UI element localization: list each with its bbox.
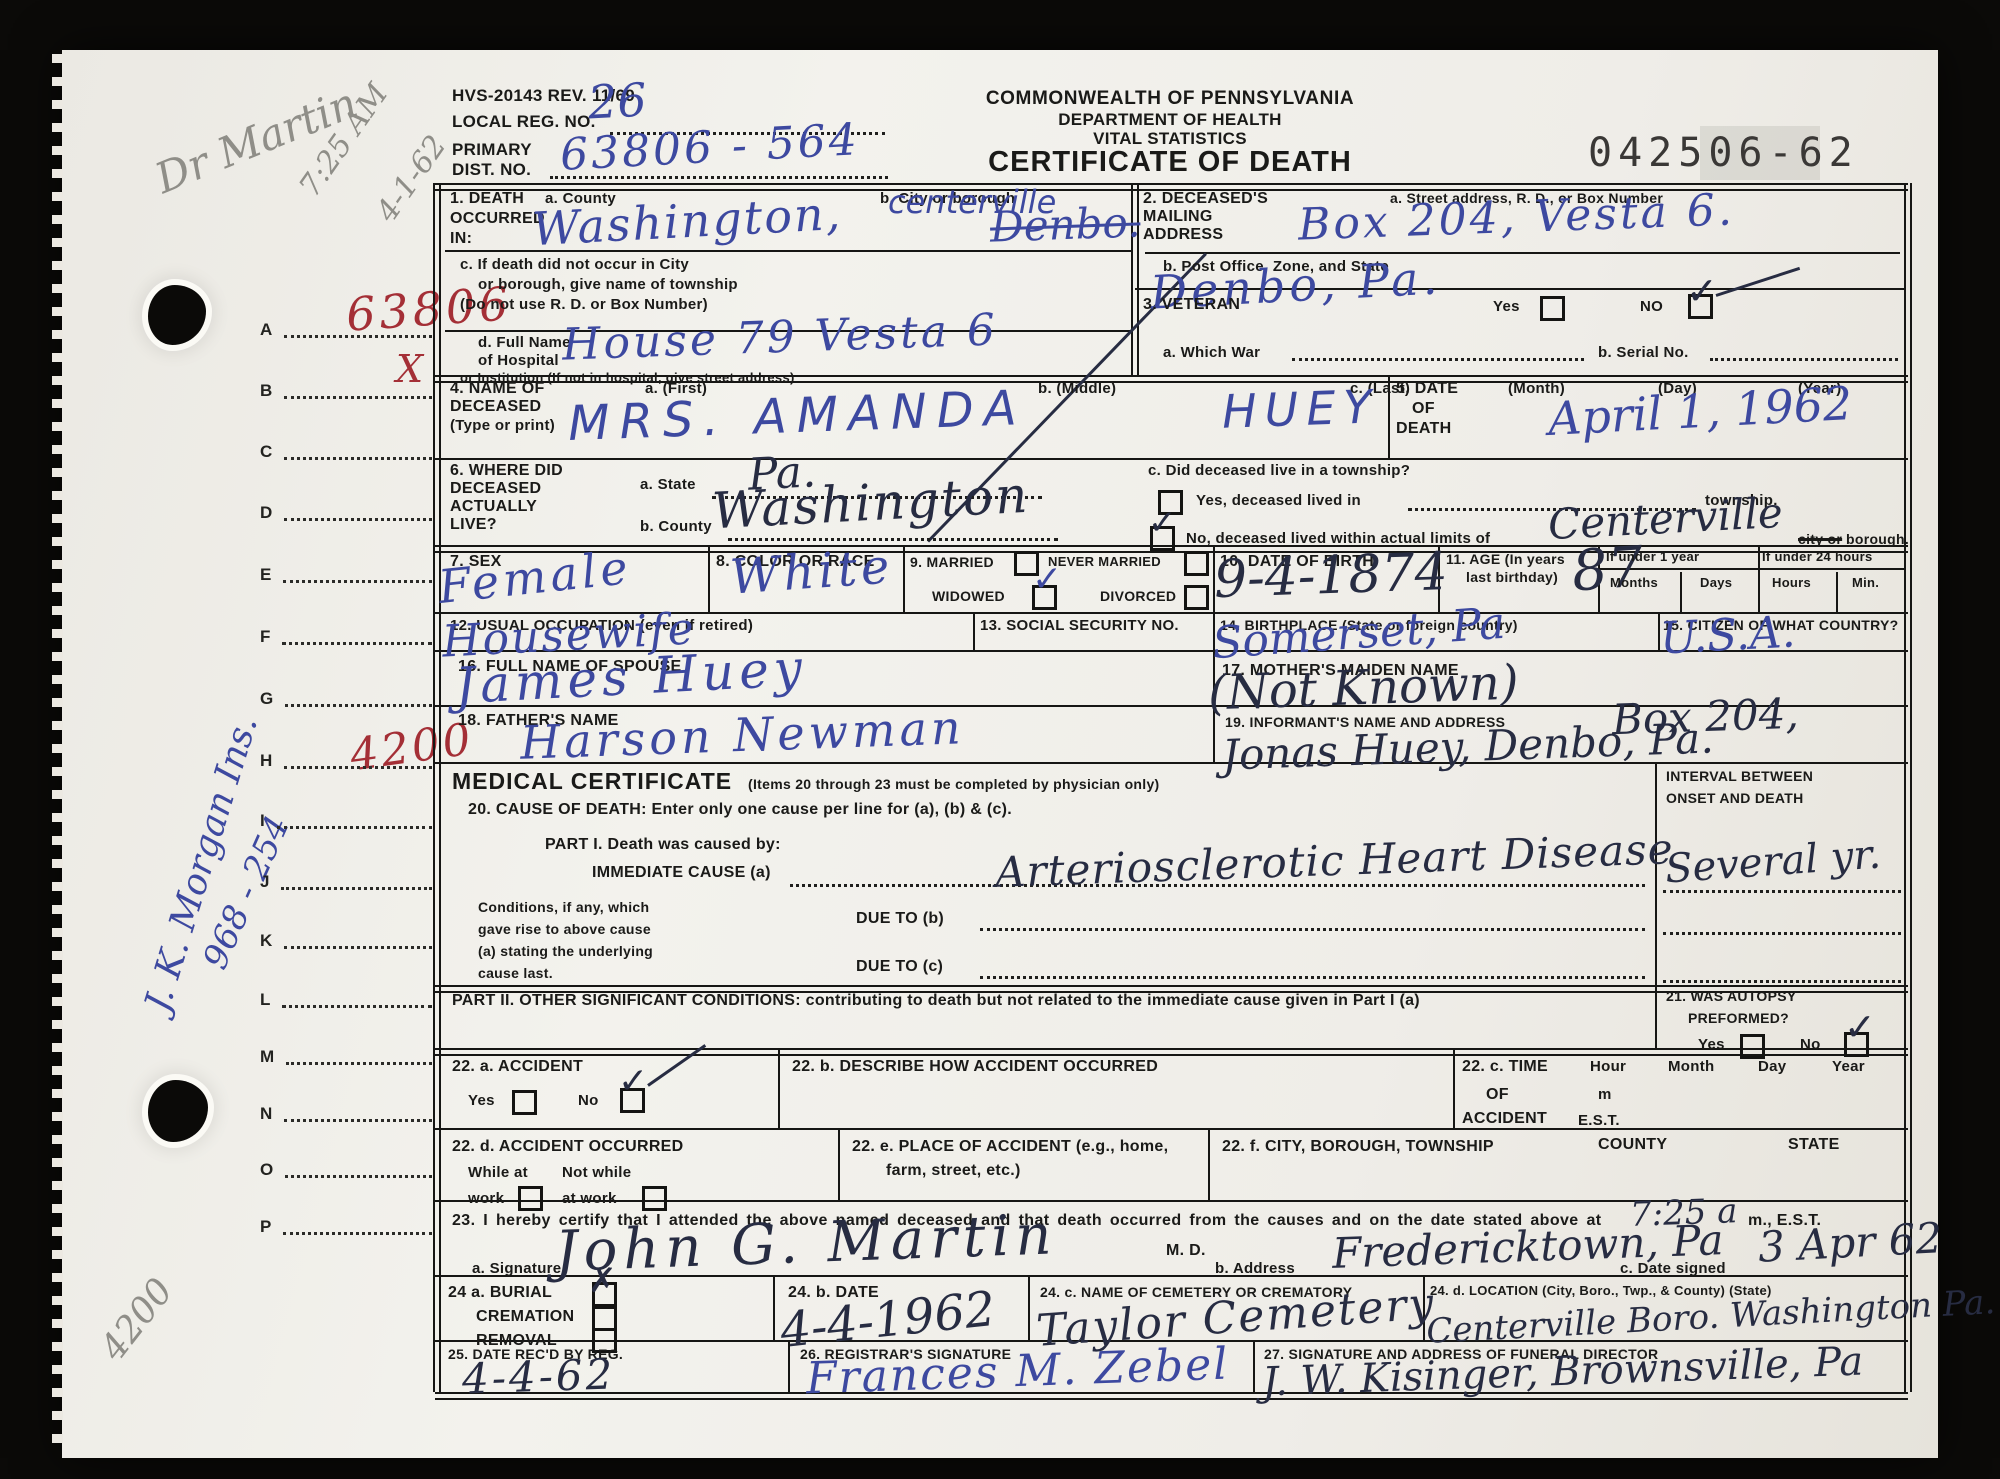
race-value: White bbox=[729, 542, 895, 601]
mothers-maiden-value: (Not Known) bbox=[1207, 659, 1519, 718]
field-5-label2: OF bbox=[1412, 400, 1435, 418]
conditions-label-1: Conditions, if any, which bbox=[478, 899, 649, 915]
dotted-line bbox=[1710, 358, 1898, 361]
part1-label: PART I. Death was caused by: bbox=[545, 836, 781, 854]
divider bbox=[1758, 547, 1760, 612]
married-label: 9. MARRIED bbox=[910, 554, 994, 570]
index-row-n: N bbox=[260, 1104, 432, 1124]
widowed-label: WIDOWED bbox=[932, 588, 1005, 604]
medical-certificate-subtitle: (Items 20 through 23 must be completed b… bbox=[748, 776, 1160, 792]
index-letter: M bbox=[260, 1047, 274, 1067]
index-row-h: H bbox=[260, 751, 432, 771]
divider bbox=[903, 547, 905, 612]
field-1c-label: c. If death did not occur in City bbox=[460, 256, 689, 273]
dotted-line bbox=[282, 1002, 432, 1008]
index-row-c: C bbox=[260, 442, 432, 462]
divider bbox=[708, 547, 710, 612]
interval-label-2: ONSET AND DEATH bbox=[1666, 790, 1804, 806]
index-letter: A bbox=[260, 320, 272, 340]
index-row-a: A bbox=[260, 320, 432, 340]
conditions-label-4: cause last. bbox=[478, 965, 553, 981]
accident-yes-checkbox bbox=[512, 1090, 537, 1115]
index-row-d: D bbox=[260, 503, 432, 523]
divider bbox=[1655, 762, 1657, 1048]
divider bbox=[1253, 1340, 1255, 1392]
index-letter: D bbox=[260, 503, 272, 523]
not-while-at-work-checkbox bbox=[642, 1186, 667, 1211]
md-label: M. D. bbox=[1166, 1242, 1206, 1260]
county-label: COUNTY bbox=[1598, 1136, 1667, 1154]
field-22d-label: 22. d. ACCIDENT OCCURRED bbox=[452, 1138, 684, 1156]
min-label: Min. bbox=[1852, 576, 1879, 591]
field-4-label3: (Type or print) bbox=[450, 417, 555, 434]
index-letter: B bbox=[260, 381, 272, 401]
field-6b-label: b. County bbox=[640, 518, 712, 535]
veteran-no-checkmark: ✓ bbox=[1686, 272, 1718, 310]
dotted-line bbox=[284, 454, 432, 460]
never-married-checkbox bbox=[1184, 551, 1209, 576]
autopsy-no-checkmark: ✓ bbox=[1844, 1008, 1876, 1046]
org-line-2: DEPARTMENT OF HEALTH bbox=[935, 110, 1405, 130]
field-2-label: 2. DECEASED'S bbox=[1143, 190, 1268, 208]
divider bbox=[435, 1392, 1908, 1400]
field-11-label2: last birthday) bbox=[1466, 569, 1558, 585]
dotted-line bbox=[282, 639, 432, 645]
index-row-e: E bbox=[260, 565, 432, 585]
date-of-birth-value: 9-4-1874 bbox=[1213, 546, 1448, 606]
field-5-label: 5. DATE bbox=[1396, 380, 1458, 398]
index-row-o: O bbox=[260, 1160, 432, 1180]
m-label: m bbox=[1598, 1086, 1612, 1103]
year-label: Year bbox=[1832, 1058, 1865, 1075]
field-1d-label2: of Hospital bbox=[478, 352, 559, 369]
dotted-line bbox=[284, 1116, 432, 1122]
veteran-yes-label: Yes bbox=[1493, 298, 1520, 315]
field-4-label2: DECEASED bbox=[450, 398, 541, 416]
while-at-label: While at bbox=[468, 1164, 528, 1181]
date-signed-value: 3 Apr 62 bbox=[1757, 1217, 1943, 1269]
borough-word: borough. bbox=[1846, 531, 1909, 547]
field-20-header: 20. CAUSE OF DEATH: Enter only one cause… bbox=[468, 801, 1012, 819]
accident-yes-label: Yes bbox=[468, 1092, 495, 1109]
citizen-value: U.S.A. bbox=[1659, 610, 1796, 661]
divider bbox=[1836, 572, 1838, 612]
dotted-line bbox=[283, 1229, 432, 1235]
divider bbox=[1758, 568, 1904, 570]
widowed-checkmark: ✓ bbox=[1032, 562, 1062, 598]
divider bbox=[838, 1128, 840, 1200]
index-letter: O bbox=[260, 1160, 273, 1180]
hour-label: Hour bbox=[1590, 1058, 1626, 1075]
index-row-j: J bbox=[260, 872, 432, 892]
field-11-label: 11. AGE (In years bbox=[1446, 551, 1565, 567]
index-row-p: P bbox=[260, 1217, 432, 1237]
due-to-b-label: DUE TO (b) bbox=[856, 910, 944, 928]
of-label: OF bbox=[1486, 1086, 1509, 1104]
dotted-line bbox=[284, 332, 432, 338]
at-work-label: at work bbox=[562, 1190, 617, 1207]
accident-word-label: ACCIDENT bbox=[1462, 1110, 1547, 1128]
field-5-label3: DEATH bbox=[1396, 420, 1451, 438]
dotted-line bbox=[285, 1172, 432, 1178]
township-yes-text: Yes, deceased lived in bbox=[1196, 492, 1361, 509]
index-row-k: K bbox=[260, 931, 432, 951]
field-3b-label: b. Serial No. bbox=[1598, 344, 1689, 361]
work-label: work bbox=[468, 1190, 504, 1207]
divider bbox=[435, 1128, 1908, 1130]
divorced-label: DIVORCED bbox=[1100, 588, 1176, 604]
divorced-checkbox bbox=[1184, 585, 1209, 610]
dotted-line bbox=[285, 701, 432, 707]
index-row-i: I bbox=[260, 811, 432, 831]
dotted-line bbox=[980, 928, 1645, 931]
divider bbox=[773, 1275, 775, 1340]
dotted-line bbox=[286, 1059, 432, 1065]
interval-label-1: INTERVAL BETWEEN bbox=[1666, 768, 1813, 784]
months-label: Months bbox=[1610, 576, 1658, 591]
field-1-label3: IN: bbox=[450, 230, 472, 248]
burial-checkmark: ✗ bbox=[588, 1264, 617, 1298]
divider bbox=[973, 612, 975, 650]
due-to-c-label: DUE TO (c) bbox=[856, 958, 943, 976]
medical-certificate-title: MEDICAL CERTIFICATE bbox=[452, 768, 732, 794]
dotted-line bbox=[1292, 358, 1584, 361]
scanned-death-certificate: Dr Martin 7:25 AM 4-1-62 63806 X 4200 J.… bbox=[0, 0, 2000, 1479]
dotted-line bbox=[281, 884, 432, 890]
index-letter: G bbox=[260, 689, 273, 709]
field-1c-label3: (Do not use R. D. or Box Number) bbox=[460, 296, 708, 313]
dotted-line bbox=[283, 577, 432, 583]
field-4-label: 4. NAME OF bbox=[450, 380, 545, 398]
index-row-l: L bbox=[260, 990, 432, 1010]
divider bbox=[435, 1048, 1908, 1056]
autopsy-label-1: 21. WAS AUTOPSY bbox=[1666, 988, 1797, 1004]
autopsy-yes-label: Yes bbox=[1698, 1036, 1725, 1053]
physician-signature: John G. Martin bbox=[554, 1207, 1058, 1281]
field-22e-label: 22. e. PLACE OF ACCIDENT (e.g., home, bbox=[852, 1138, 1168, 1156]
dotted-line bbox=[980, 976, 1645, 979]
dotted-line bbox=[1663, 932, 1901, 935]
father-name-value: Harson Newman bbox=[519, 704, 965, 765]
field-2-label2: MAILING bbox=[1143, 208, 1213, 226]
index-letter: E bbox=[260, 565, 271, 585]
township-no-checkmark: ✓ bbox=[1148, 506, 1177, 540]
divider bbox=[1028, 1275, 1030, 1340]
autopsy-no-label: No bbox=[1800, 1036, 1821, 1053]
state-label: STATE bbox=[1788, 1136, 1840, 1154]
index-letter: P bbox=[260, 1217, 271, 1237]
city-or-struck: city or bbox=[1798, 531, 1842, 547]
not-while-label: Not while bbox=[562, 1164, 631, 1181]
autopsy-label-2: PREFORMED? bbox=[1688, 1010, 1789, 1026]
hours-label: Hours bbox=[1772, 576, 1811, 591]
conditions-label-3: (a) stating the underlying bbox=[478, 943, 653, 959]
divider bbox=[1680, 572, 1682, 612]
field-1d-label: d. Full Name bbox=[478, 334, 571, 351]
border bbox=[433, 183, 441, 1392]
field-6a-label: a. State bbox=[640, 476, 696, 493]
date-received-value: 4-4-62 bbox=[461, 1353, 616, 1400]
index-letter: K bbox=[260, 931, 272, 951]
certificate-title: CERTIFICATE OF DEATH bbox=[935, 146, 1405, 179]
field-1-label: 1. DEATH bbox=[450, 190, 524, 208]
accident-no-label: No bbox=[578, 1092, 599, 1109]
veteran-yes-checkbox bbox=[1540, 296, 1565, 321]
accident-no-checkmark: ✓ bbox=[618, 1064, 648, 1100]
dist-no-label: DIST. NO. bbox=[452, 160, 531, 180]
dotted-line bbox=[284, 515, 432, 521]
field-6-label: 6. WHERE DID bbox=[450, 462, 563, 480]
field-13-label: 13. SOCIAL SECURITY NO. bbox=[980, 617, 1179, 634]
field-6c-label: c. Did deceased live in a township? bbox=[1148, 462, 1410, 479]
field-6-label3: ACTUALLY bbox=[450, 498, 537, 516]
autopsy-yes-checkbox bbox=[1740, 1034, 1765, 1059]
dotted-line bbox=[1663, 980, 1901, 983]
under-1-year-label: If under 1 year bbox=[1606, 550, 1699, 565]
burial-label: 24 a. BURIAL bbox=[448, 1284, 552, 1302]
index-letter: N bbox=[260, 1104, 272, 1124]
dotted-line bbox=[277, 823, 432, 829]
month-label: Month bbox=[1668, 1058, 1714, 1075]
org-line-1: COMMONWEALTH OF PENNSYLVANIA bbox=[935, 88, 1405, 110]
primary-label: PRIMARY bbox=[452, 140, 532, 160]
est-label: E.S.T. bbox=[1578, 1112, 1620, 1129]
perforated-edge bbox=[52, 54, 63, 1454]
deceased-first-name: MRS. AMANDA bbox=[567, 384, 1027, 448]
index-row-g: G bbox=[260, 689, 432, 709]
certificate-stamp-number: 042506-62 bbox=[1588, 130, 1859, 176]
field-3a-label: a. Which War bbox=[1163, 344, 1260, 361]
field-22a-label: 22. a. ACCIDENT bbox=[452, 1058, 583, 1076]
conditions-label-2: gave rise to above cause bbox=[478, 921, 651, 937]
divider bbox=[778, 1048, 780, 1128]
field-4b-label: b. (Middle) bbox=[1038, 380, 1116, 397]
field-22e-label2: farm, street, etc.) bbox=[886, 1162, 1021, 1180]
write-line bbox=[1145, 252, 1900, 254]
deceased-last-name: HUEY bbox=[1221, 383, 1380, 434]
index-letter: H bbox=[260, 751, 272, 771]
day-label: Day bbox=[1758, 1058, 1786, 1075]
index-letter: F bbox=[260, 627, 270, 647]
dotted-line bbox=[284, 763, 432, 769]
cremation-label: CREMATION bbox=[476, 1308, 574, 1326]
local-reg-value: 26 bbox=[587, 76, 648, 125]
dotted-line bbox=[284, 393, 432, 399]
immediate-cause-label: IMMEDIATE CAUSE (a) bbox=[592, 864, 771, 882]
divider bbox=[1453, 1048, 1455, 1128]
under-24-hours-label: If under 24 hours bbox=[1762, 550, 1873, 565]
field-6-label4: LIVE? bbox=[450, 516, 497, 534]
part2-header: PART II. OTHER SIGNIFICANT CONDITIONS: c… bbox=[452, 992, 1420, 1010]
index-row-f: F bbox=[260, 627, 432, 647]
days-label: Days bbox=[1700, 576, 1732, 591]
index-letter: L bbox=[260, 990, 270, 1010]
while-at-work-checkbox bbox=[518, 1186, 543, 1211]
divider bbox=[435, 458, 1908, 460]
field-22b-label: 22. b. DESCRIBE HOW ACCIDENT OCCURRED bbox=[792, 1058, 1158, 1076]
never-married-label: NEVER MARRIED bbox=[1048, 555, 1161, 570]
index-letter: J bbox=[260, 872, 269, 892]
field-3-label: 3. VETERAN bbox=[1143, 296, 1240, 314]
index-letter: I bbox=[260, 811, 265, 831]
divider bbox=[1208, 1128, 1210, 1200]
dotted-line bbox=[728, 538, 1058, 541]
signature-label: a. Signature bbox=[472, 1260, 561, 1277]
field-22c-label: 22. c. TIME bbox=[1462, 1058, 1548, 1076]
index-row-b: B bbox=[260, 381, 432, 401]
field-1b-value-struck: Denbo. bbox=[989, 201, 1141, 248]
border bbox=[1904, 183, 1912, 1392]
dotted-line bbox=[284, 943, 432, 949]
veteran-no-label: NO bbox=[1640, 298, 1663, 315]
address-label: b. Address bbox=[1215, 1260, 1295, 1277]
index-row-m: M bbox=[260, 1047, 432, 1067]
field-2-label3: ADDRESS bbox=[1143, 226, 1223, 244]
field-1c-label2: or borough, give name of township bbox=[478, 276, 738, 293]
index-letter: C bbox=[260, 442, 272, 462]
dotted-line bbox=[1663, 890, 1901, 893]
field-6-label2: DECEASED bbox=[450, 480, 541, 498]
date-signed-label: c. Date signed bbox=[1620, 1260, 1726, 1277]
field-22f-label: 22. f. CITY, BOROUGH, TOWNSHIP bbox=[1222, 1138, 1494, 1156]
